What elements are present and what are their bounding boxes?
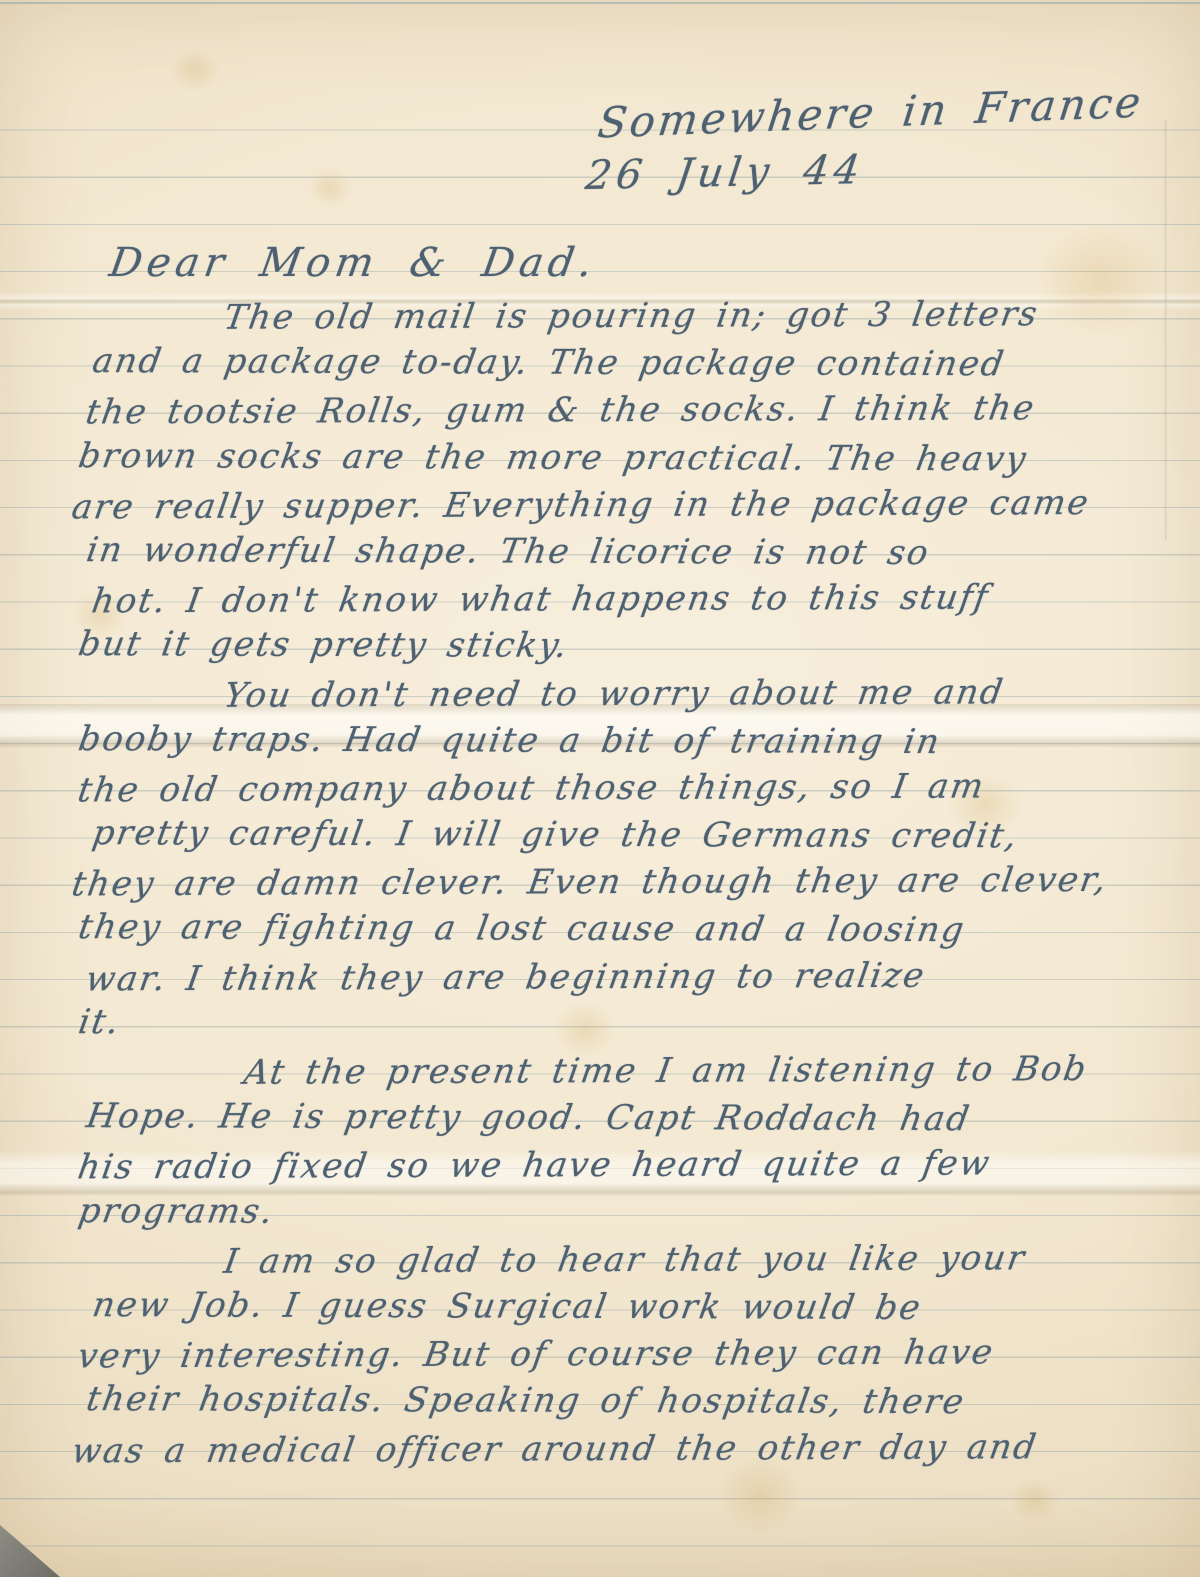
letter-line: The old mail is pouring in; got 3 letter… [68, 294, 1188, 346]
letter-line: they are fighting a lost cause and a loo… [74, 908, 1187, 959]
letter-line: You don't need to worry about me and [68, 671, 1188, 723]
letter-line: was a medical officer around the other d… [68, 1426, 1188, 1478]
age-stain [1000, 1470, 1070, 1530]
letter-line: the old company about those things, so I… [74, 765, 1188, 817]
letter-line: I am so glad to hear that you like your [68, 1237, 1188, 1289]
letter-line: war. I think they are beginning to reali… [82, 954, 1188, 1006]
letter-line: his radio fixed so we have heard quite a… [74, 1143, 1188, 1195]
letter-line: their hospitals. Speaking of hospitals, … [82, 1379, 1187, 1430]
scan-corner-notch [0, 1525, 60, 1577]
letter-line: new Job. I guess Surgical work would be [88, 1285, 1187, 1336]
letter-line: programs. [74, 1191, 1187, 1242]
ruled-line-top [0, 2, 1200, 4]
letter-line: but it gets pretty sticky. [74, 624, 1187, 675]
letter-line: and a package to-day. The package contai… [88, 341, 1187, 392]
letter-date-line: 26 July 44 [583, 147, 868, 199]
letter-body: The old mail is pouring in; got 3 letter… [78, 296, 1184, 1476]
letter-line: very interesting. But of course they can… [74, 1332, 1188, 1384]
letter-line: brown socks are the more practical. The … [74, 436, 1187, 487]
letter-location-line: Somewhere in France [595, 77, 1146, 147]
letter-line: hot. I don't know what happens to this s… [88, 577, 1188, 629]
letter-line: in wonderful shape. The licorice is not … [82, 530, 1187, 581]
letter-line: Hope. He is pretty good. Capt Roddach ha… [82, 1096, 1187, 1147]
letter-line: pretty careful. I will give the Germans … [88, 813, 1187, 864]
letter-line: At the present time I am listening to Bo… [88, 1049, 1188, 1101]
letter-page: Somewhere in France 26 July 44 Dear Mom … [0, 0, 1200, 1577]
age-stain [160, 40, 230, 100]
letter-line: they are damn clever. Even though they a… [68, 860, 1188, 912]
letter-line: the tootsie Rolls, gum & the socks. I th… [82, 388, 1188, 440]
letter-salutation: Dear Mom & Dad. [106, 240, 600, 286]
letter-line: booby traps. Had quite a bit of training… [74, 719, 1187, 770]
letter-line: it. [74, 1002, 1187, 1053]
letter-line: are really supper. Everything in the pac… [68, 482, 1188, 534]
age-stain [300, 160, 360, 215]
